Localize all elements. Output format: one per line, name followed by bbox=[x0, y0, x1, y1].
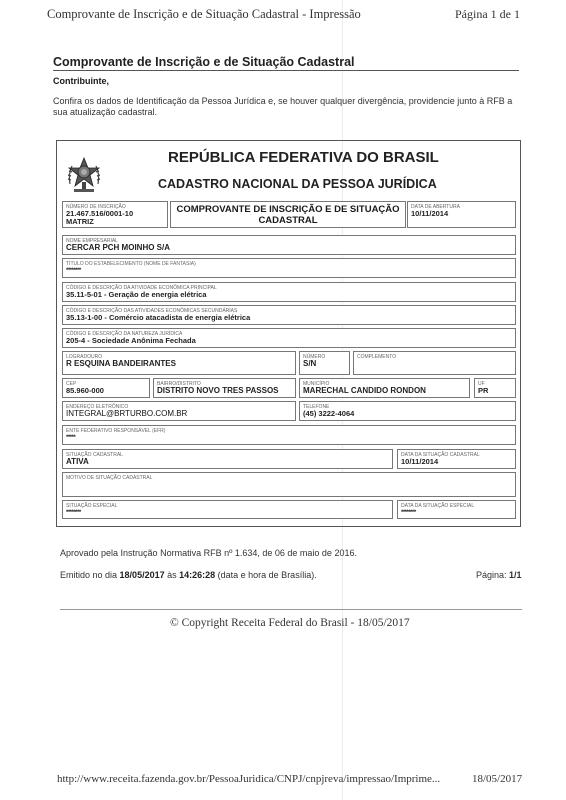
field-data-abertura: DATA DE ABERTURA 10/11/2014 bbox=[407, 201, 516, 228]
page-value: 1/1 bbox=[509, 570, 522, 580]
field-uf: UF PR bbox=[474, 378, 516, 398]
field-email: ENDEREÇO ELETRÔNICO INTEGRAL@BRTURBO.COM… bbox=[62, 401, 296, 421]
field-atividades-secundarias: CÓDIGO E DESCRIÇÃO DAS ATIVIDADES ECONÔM… bbox=[62, 305, 516, 325]
field-value: ******** bbox=[66, 267, 515, 275]
intro-text: Confira os dados de Identificação da Pes… bbox=[53, 96, 523, 118]
field-value-matriz: MATRIZ bbox=[66, 218, 167, 226]
field-value: S/N bbox=[303, 360, 349, 368]
field-atividade-principal: CÓDIGO E DESCRIÇÃO DA ATIVIDADE ECONÔMIC… bbox=[62, 282, 516, 302]
print-footer-date: 18/05/2017 bbox=[472, 773, 522, 785]
republic-title: REPÚBLICA FEDERATIVA DO BRASIL bbox=[168, 149, 439, 166]
field-situacao-especial: SITUAÇÃO ESPECIAL ******** bbox=[62, 500, 393, 519]
copyright: © Copyright Receita Federal do Brasil - … bbox=[170, 617, 410, 629]
field-value: ATIVA bbox=[66, 458, 392, 466]
emission-time: 14:26:28 bbox=[179, 570, 215, 580]
field-cep: CEP 85.960-000 bbox=[62, 378, 150, 398]
field-numero-inscricao: NÚMERO DE INSCRIÇÃO 21.467.516/0001-10 M… bbox=[62, 201, 168, 228]
field-complemento: COMPLEMENTO bbox=[353, 351, 516, 375]
field-value: PR bbox=[478, 387, 515, 395]
page-label: Página: bbox=[476, 570, 509, 580]
page-title: Comprovante de Inscrição e de Situação C… bbox=[53, 55, 355, 69]
field-label: MOTIVO DE SITUAÇÃO CADASTRAL bbox=[66, 475, 515, 481]
field-municipio: MUNICÍPIO MARECHAL CANDIDO RONDON bbox=[299, 378, 470, 398]
field-value: MARECHAL CANDIDO RONDON bbox=[303, 387, 469, 395]
print-footer-url: http://www.receita.fazenda.gov.br/Pessoa… bbox=[57, 773, 440, 785]
field-value: 10/11/2014 bbox=[411, 210, 515, 218]
field-numero: NÚMERO S/N bbox=[299, 351, 350, 375]
field-value: 85.960-000 bbox=[66, 387, 149, 395]
field-value: ******** bbox=[401, 509, 515, 517]
field-nome-empresarial: NOME EMPRESARIAL CERCAR PCH MOINHO S/A bbox=[62, 235, 516, 255]
field-situacao-cadastral: SITUAÇÃO CADASTRAL ATIVA bbox=[62, 449, 393, 469]
title-divider bbox=[53, 70, 519, 71]
coat-of-arms-icon bbox=[66, 156, 102, 194]
field-value: ******** bbox=[66, 509, 392, 517]
emission-suffix: (data e hora de Brasília). bbox=[215, 570, 317, 580]
field-motivo-situacao: MOTIVO DE SITUAÇÃO CADASTRAL bbox=[62, 472, 516, 497]
field-value: DISTRITO NOVO TRES PASSOS bbox=[157, 387, 295, 395]
field-value: 35.13-1-00 - Comércio atacadista de ener… bbox=[66, 314, 515, 322]
emission-mid: às bbox=[165, 570, 180, 580]
field-label: COMPLEMENTO bbox=[357, 354, 515, 360]
emission-date: 18/05/2017 bbox=[120, 570, 165, 580]
field-bairro: BAIRRO/DISTRITO DISTRITO NOVO TRES PASSO… bbox=[153, 378, 296, 398]
field-telefone: TELEFONE (45) 3222-4064 bbox=[299, 401, 516, 421]
approval-note: Aprovado pela Instrução Normativa RFB nº… bbox=[60, 548, 357, 558]
field-value: INTEGRAL@BRTURBO.COM.BR bbox=[66, 410, 295, 418]
registry-title: CADASTRO NACIONAL DA PESSOA JURÍDICA bbox=[158, 177, 437, 191]
field-value: 10/11/2014 bbox=[401, 458, 515, 466]
field-value: 35.11-5-01 - Geração de energia elétrica bbox=[66, 291, 515, 299]
emission-note: Emitido no dia 18/05/2017 às 14:26:28 (d… bbox=[60, 570, 317, 580]
print-header-title: Comprovante de Inscrição e de Situação C… bbox=[47, 7, 361, 22]
field-nome-fantasia: TÍTULO DO ESTABELECIMENTO (NOME DE FANTA… bbox=[62, 258, 516, 278]
field-data-situacao: DATA DA SITUAÇÃO CADASTRAL 10/11/2014 bbox=[397, 449, 516, 469]
print-header-page: Página 1 de 1 bbox=[455, 7, 520, 22]
field-value: (45) 3222-4064 bbox=[303, 410, 515, 418]
field-value: 205-4 - Sociedade Anônima Fechada bbox=[66, 337, 515, 345]
comprovante-title-box: COMPROVANTE DE INSCRIÇÃO E DE SITUAÇÃO C… bbox=[170, 201, 406, 228]
field-data-situacao-especial: DATA DA SITUAÇÃO ESPECIAL ******** bbox=[397, 500, 516, 519]
field-value: ***** bbox=[66, 434, 515, 442]
footer-divider bbox=[60, 609, 522, 610]
page-indicator: Página: 1/1 bbox=[476, 570, 522, 580]
field-value: R ESQUINA BANDEIRANTES bbox=[66, 360, 295, 368]
emission-prefix: Emitido no dia bbox=[60, 570, 120, 580]
greeting: Contribuinte, bbox=[53, 76, 109, 86]
field-efr: ENTE FEDERATIVO RESPONSÁVEL (EFR) ***** bbox=[62, 425, 516, 445]
field-logradouro: LOGRADOURO R ESQUINA BANDEIRANTES bbox=[62, 351, 296, 375]
field-value: CERCAR PCH MOINHO S/A bbox=[66, 244, 515, 252]
comprovante-title-line2: CADASTRAL bbox=[171, 215, 405, 226]
field-natureza-juridica: CÓDIGO E DESCRIÇÃO DA NATUREZA JURÍDICA … bbox=[62, 328, 516, 348]
comprovante-title-line1: COMPROVANTE DE INSCRIÇÃO E DE SITUAÇÃO bbox=[171, 204, 405, 215]
